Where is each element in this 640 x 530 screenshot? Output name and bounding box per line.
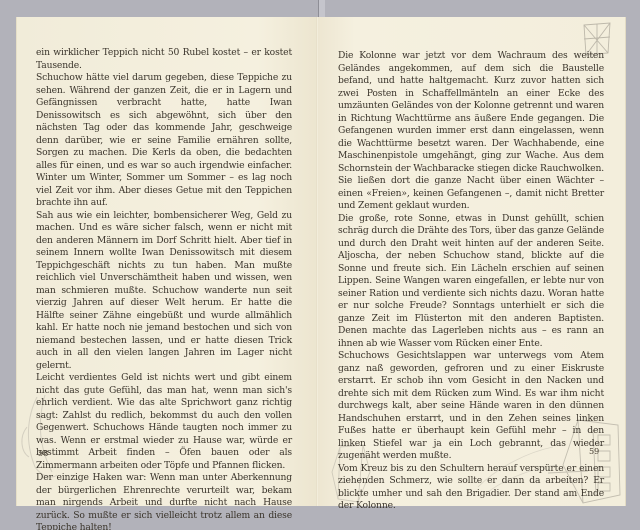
page-number-right: 59 bbox=[589, 447, 599, 456]
right-page: Die Kolonne war jetzt vor dem Wachraum d… bbox=[318, 17, 626, 506]
open-book: ein wirklicher Teppich nicht 50 Rubel ko… bbox=[16, 17, 626, 506]
left-page-text: ein wirklicher Teppich nicht 50 Rubel ko… bbox=[36, 47, 292, 530]
paragraph: Vom Kreuz bis zu den Schultern herauf ve… bbox=[338, 463, 604, 513]
paragraph: Die Kolonne war jetzt vor dem Wachraum d… bbox=[338, 50, 604, 213]
paragraph: Sah aus wie ein leichter, bombensicherer… bbox=[36, 210, 292, 373]
paragraph: Die große, rote Sonne, etwas in Dunst ge… bbox=[338, 213, 604, 351]
paragraph: Leicht verdientes Geld ist nichts wert u… bbox=[36, 372, 292, 472]
spine-shadow bbox=[319, 0, 325, 17]
page-number-left: 58 bbox=[38, 449, 48, 458]
paragraph: ein wirklicher Teppich nicht 50 Rubel ko… bbox=[36, 47, 292, 72]
paragraph: Schuchows Gesichtslappen war unterwegs v… bbox=[338, 350, 604, 463]
paragraph: Der einzige Haken war: Wenn man unter Ab… bbox=[36, 472, 292, 530]
left-page: ein wirklicher Teppich nicht 50 Rubel ko… bbox=[16, 17, 318, 506]
right-page-text: Die Kolonne war jetzt vor dem Wachraum d… bbox=[338, 50, 604, 513]
paragraph: Schuchow hätte viel darum gegeben, diese… bbox=[36, 72, 292, 210]
